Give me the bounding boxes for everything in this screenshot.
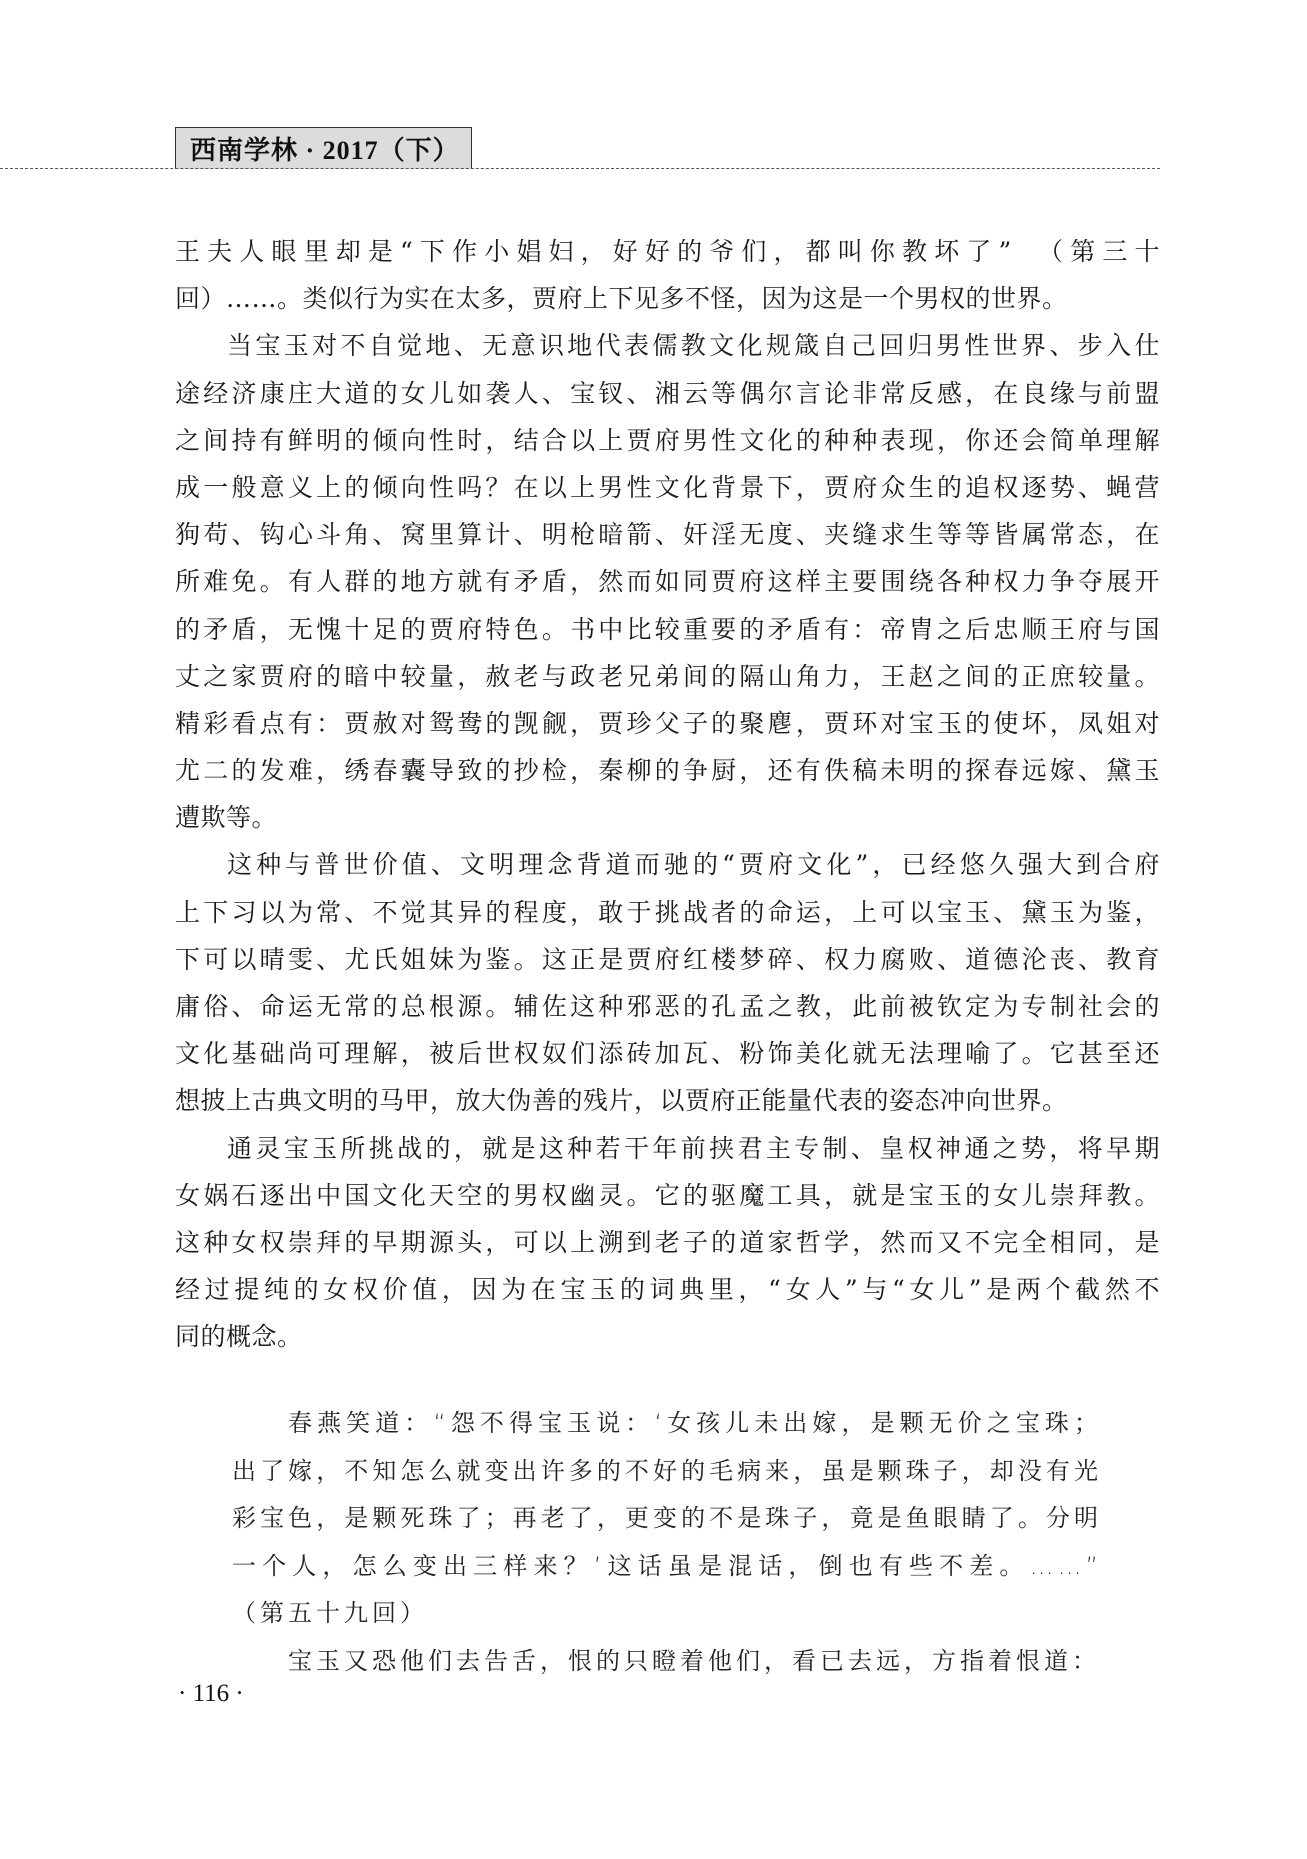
quote-line: 彩宝色，是颗死珠了；再老了，更变的不是珠子，竟是鱼眼睛了。分明 [232, 1495, 1102, 1543]
quote-line: 宝玉又恐他们去告舌，恨的只瞪着他们，看已去远，方指着恨道： [232, 1638, 1102, 1686]
journal-header-box: 西南学林 · 2017（下） [175, 127, 472, 169]
body-line: 之间持有鲜明的倾向性时，结合以上贾府男性文化的种种表现，你还会简单理解 [175, 417, 1160, 464]
body-text: 王夫人眼里却是“下作小娼妇，好好的爷们，都叫你教坏了” （第三十 回）……。类似… [175, 228, 1160, 1361]
quote-line: 出了嫁，不知怎么就变出许多的不好的毛病来，虽是颗珠子，却没有光 [232, 1448, 1102, 1496]
body-line: 下可以晴雯、尤氏姐妹为鉴。这正是贾府红楼梦碎、权力腐败、道德沦丧、教育 [175, 936, 1160, 983]
body-line: 王夫人眼里却是“下作小娼妇，好好的爷们，都叫你教坏了” （第三十 [175, 228, 1160, 275]
body-line: 回）……。类似行为实在太多，贾府上下见多不怪，因为这是一个男权的世界。 [175, 275, 1160, 322]
body-line: 途经济康庄大道的女儿如袭人、宝钗、湘云等偶尔言论非常反感，在良缘与前盟 [175, 370, 1160, 417]
paragraph-start: 当宝玉对不自觉地、无意识地代表儒教文化规箴自己回归男性世界、步入仕 [175, 322, 1160, 369]
body-line: 的矛盾，无愧十足的贾府特色。书中比较重要的矛盾有：帝胄之后忠顺王府与国 [175, 606, 1160, 653]
block-quote: 春燕笑道：“怨不得宝玉说：‘女孩儿未出嫁，是颗无价之宝珠； 出了嫁，不知怎么就变… [232, 1400, 1102, 1685]
body-line: 上下习以为常、不觉其异的程度，敢于挑战者的命运，上可以宝玉、黛玉为鉴， [175, 889, 1160, 936]
paragraph-start: 通灵宝玉所挑战的，就是这种若干年前挟君主专制、皇权神通之势，将早期 [175, 1125, 1160, 1172]
body-line: 成一般意义上的倾向性吗？在以上男性文化背景下，贾府众生的追权逐势、蝇营 [175, 464, 1160, 511]
body-line: 文化基础尚可理解，被后世权奴们添砖加瓦、粉饰美化就无法理喻了。它甚至还 [175, 1030, 1160, 1077]
body-line: 庸俗、命运无常的总根源。辅佐这种邪恶的孔孟之教，此前被钦定为专制社会的 [175, 983, 1160, 1030]
body-line: 尤二的发难，绣春囊导致的抄检，秦柳的争厨，还有佚稿未明的探春远嫁、黛玉 [175, 747, 1160, 794]
body-line: 遭欺等。 [175, 794, 1160, 841]
body-line: 所难免。有人群的地方就有矛盾，然而如同贾府这样主要围绕各种权力争夺展开 [175, 558, 1160, 605]
body-line: 想披上古典文明的马甲，放大伪善的残片，以贾府正能量代表的姿态冲向世界。 [175, 1077, 1160, 1124]
body-line: 经过提纯的女权价值，因为在宝玉的词典里，“女人”与“女儿”是两个截然不 [175, 1266, 1160, 1313]
quote-line: 春燕笑道：“怨不得宝玉说：‘女孩儿未出嫁，是颗无价之宝珠； [232, 1400, 1102, 1448]
body-line: 女娲石逐出中国文化天空的男权幽灵。它的驱魔工具，就是宝玉的女儿崇拜教。 [175, 1172, 1160, 1219]
quote-citation: （第五十九回） [232, 1590, 1102, 1638]
body-line: 精彩看点有：贾赦对鸳鸯的觊觎，贾珍父子的聚麀，贾环对宝玉的使坏，凤姐对 [175, 700, 1160, 747]
header-dashed-rule [0, 168, 1160, 169]
body-line: 丈之家贾府的暗中较量，赦老与政老兄弟间的隔山角力，王赵之间的正庶较量。 [175, 653, 1160, 700]
body-line: 同的概念。 [175, 1313, 1160, 1360]
journal-title: 西南学林 · 2017（下） [190, 130, 460, 167]
paragraph-start: 这种与普世价值、文明理念背道而驰的“贾府文化”，已经悠久强大到合府 [175, 841, 1160, 888]
page-number: · 116 · [178, 1680, 244, 1708]
body-line: 狗苟、钩心斗角、窝里算计、明枪暗箭、奸淫无度、夹缝求生等等皆属常态，在 [175, 511, 1160, 558]
body-line: 这种女权崇拜的早期源头，可以上溯到老子的道家哲学，然而又不完全相同，是 [175, 1219, 1160, 1266]
quote-line: 一个人，怎么变出三样来？’这话虽是混话，倒也有些不差。……” [232, 1543, 1102, 1591]
